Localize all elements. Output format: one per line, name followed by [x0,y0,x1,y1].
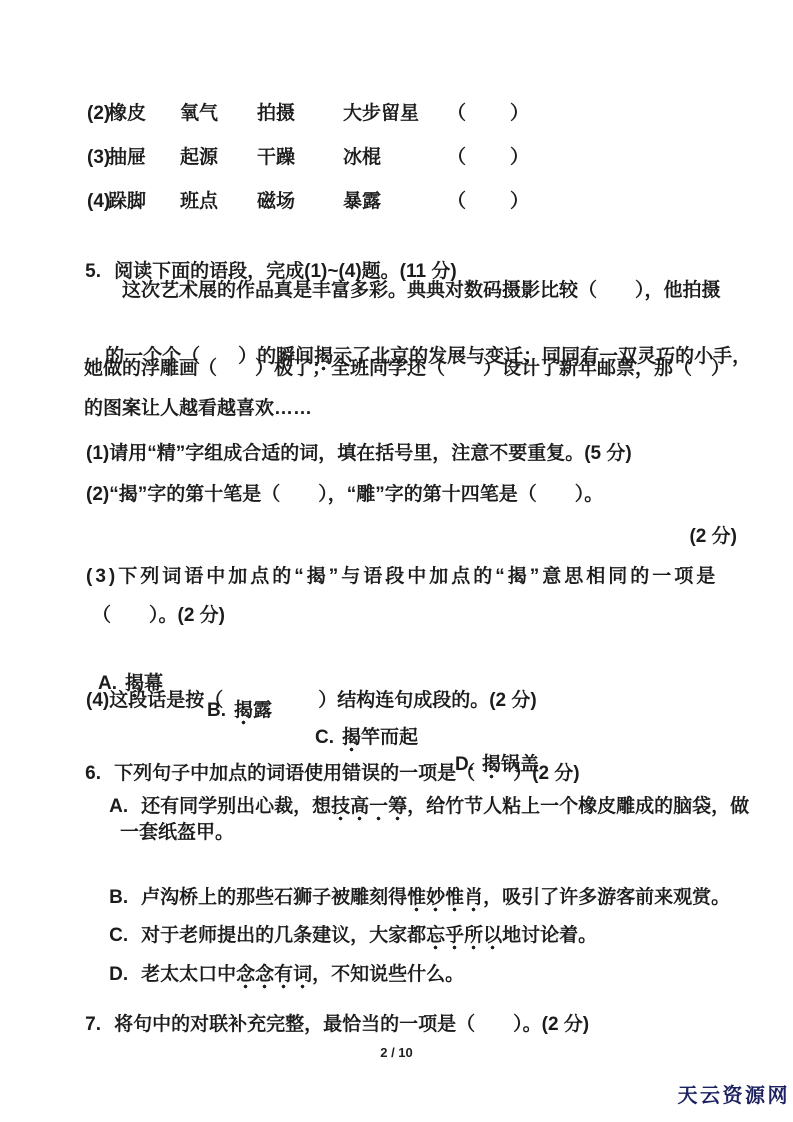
option-text: ，不知说些什么。 [312,964,464,985]
answer-paren-open: （ [447,188,466,215]
question-number: 7. [85,1011,114,1038]
word: 氧气 [180,100,218,127]
q5-subitem-4: (4)这段话是按（ ）结构连句成段的。(2 分) [86,687,537,714]
passage-line-4: 的图案让人越看越喜欢…… [84,395,312,422]
word: 班点 [180,188,218,215]
word-group-row: (2) 橡皮 氧气 拍摄 大步留星 （ ） [87,100,727,127]
option-text: 地讨论着。 [502,925,597,946]
option-text: ，给竹节人粘上一个橡皮雕成的脑袋，做 [407,796,749,817]
item-label: (3) [87,144,110,171]
option-text: 老太太口中 [141,964,236,985]
q5-subitem-2-score: (2 分) [689,523,737,550]
word: 大步留星 [343,100,419,127]
q5-options-row: A.揭幕 B.揭露 C.揭竿而起 D.揭锅盖 [0,643,793,670]
page-number: 2 / 10 [0,1039,793,1066]
q6-option-b: B.卢沟桥上的那些石狮子被雕刻得惟妙惟肖，吸引了许多游客前来观赏。 [88,857,730,884]
option-letter: A. [109,793,141,820]
question-text: 将句中的对联补充完整，最恰当的一项是（ ）。(2 分) [114,1014,589,1035]
passage-line-1: 这次艺术展的作品真是丰富多彩。典典对数码摄影比较（ ），他拍摄 [122,277,721,304]
option-text: 还有同学别出心裁，想 [141,796,331,817]
passage-line-2: 的一个个（ ）的瞬间揭示了北京的发展与变迁；同同有一双灵巧的小手， [84,316,751,343]
item-label: (4) [87,188,110,215]
word: 跺脚 [108,188,146,215]
q6-option-a: A.还有同学别出心裁，想技高一筹，给竹节人粘上一个橡皮雕成的脑袋，做 [88,766,749,793]
watermark: 天云资源网 [678,1083,791,1110]
q6-option-c: C.对于老师提出的几条建议，大家都忘乎所以地讨论着。 [88,895,597,922]
word: 干躁 [257,144,295,171]
question-number: 5. [85,258,114,285]
answer-paren-close: ） [510,188,529,215]
q5-subitem-1: (1)请用“精”字组成合适的词，填在括号里，注意不要重复。(5 分) [86,440,632,467]
word: 橡皮 [108,100,146,127]
q6-option-d: D.老太太口中念念有词，不知说些什么。 [88,934,464,961]
word: 暴露 [343,188,381,215]
word-group-row: (3) 抽屉 起源 干躁 冰棍 （ ） [87,144,727,171]
q5-subitem-3: (3)下列词语中加点的“揭”与语段中加点的“揭”意思相同的一项是 [86,563,718,590]
item-label: (2) [87,100,110,127]
word: 拍摄 [257,100,295,127]
answer-paren-close: ） [510,100,529,127]
word: 起源 [180,144,218,171]
answer-paren-open: （ [447,100,466,127]
word: 冰棍 [343,144,381,171]
word-group-row: (4) 跺脚 班点 磁场 暴露 （ ） [87,188,727,215]
answer-paren-close: ） [510,144,529,171]
passage-line-3: 她做的浮雕画（ ）极了；全班同学还（ ）设计了新年邮票，那（ ） [84,355,730,382]
word: 磁场 [257,188,295,215]
question-5-header: 5.阅读下面的语段，完成(1)~(4)题。(11 分) [64,231,457,258]
word: 抽屉 [108,144,146,171]
dotted-phrase: 技高一筹 [331,796,407,821]
q5-subitem-3-blank: （ ）。(2 分) [92,602,225,629]
q6-option-a-line2: 一套纸盔甲。 [120,819,234,846]
answer-paren-open: （ [447,144,466,171]
exam-page: (2) 橡皮 氧气 拍摄 大步留星 （ ） (3) 抽屉 起源 干躁 冰棍 （ … [0,0,793,1122]
q5-subitem-2: (2)“揭”字的第十笔是（ ），“雕”字的第十四笔是（ ）。 [86,481,603,508]
question-6-header: 6.下列句子中加点的词语使用错误的一项是（ ）(2 分) [64,733,580,760]
question-7-header: 7.将句中的对联补充完整，最恰当的一项是（ ）。(2 分) [64,984,589,1011]
